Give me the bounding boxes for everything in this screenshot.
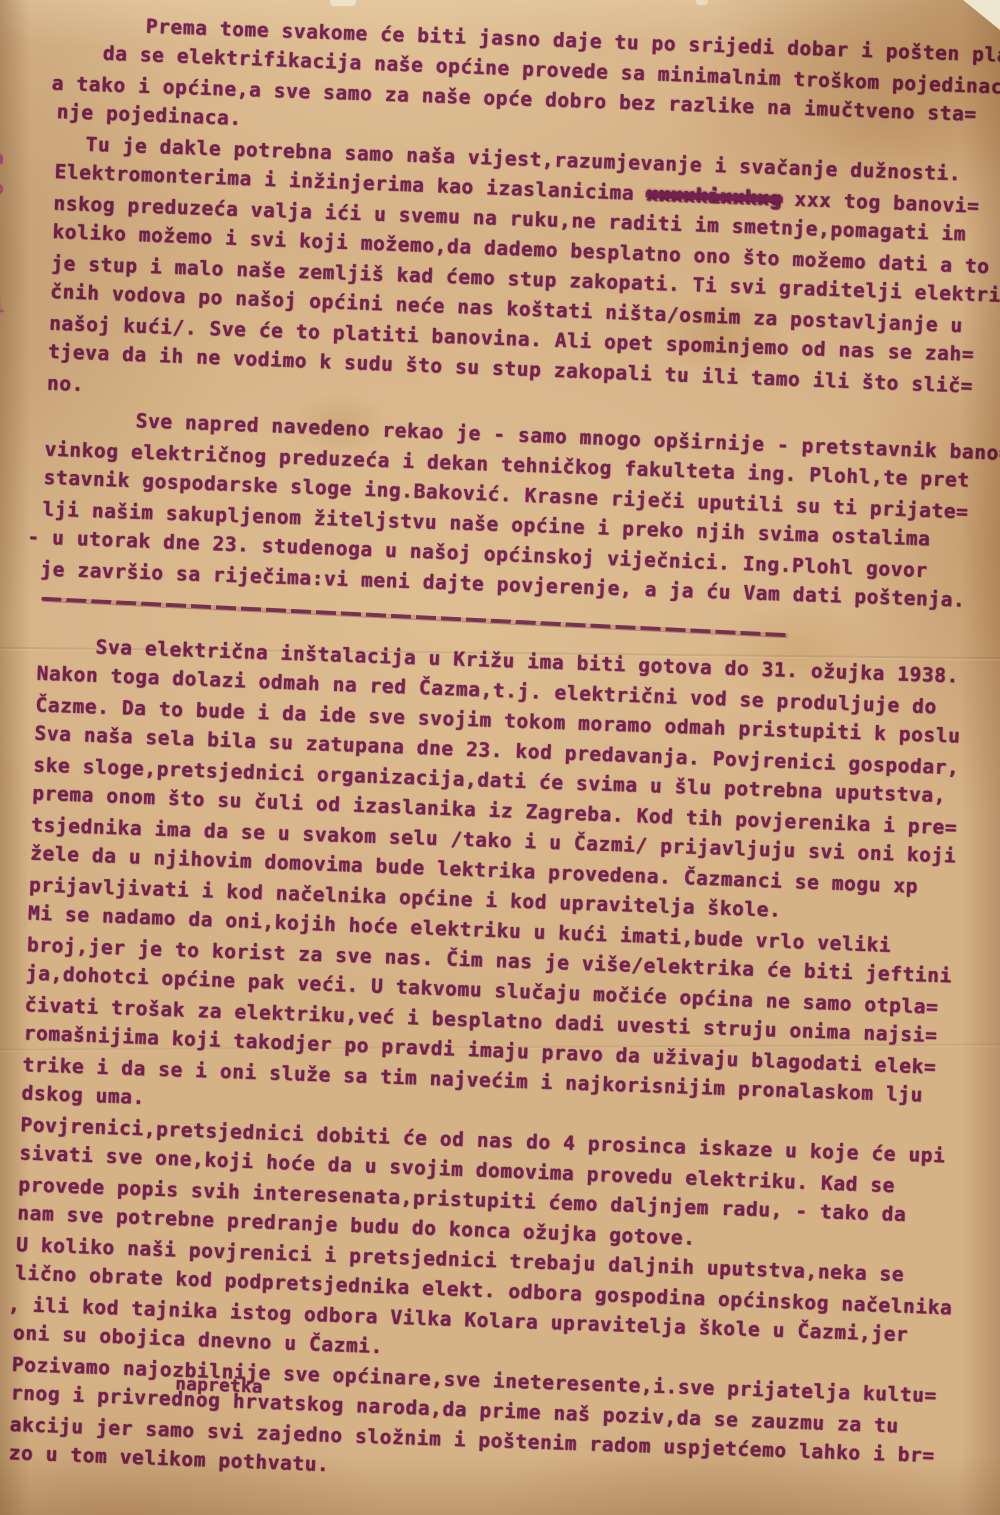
ink-bleed-mark: a [0, 148, 4, 169]
torn-edge [696, 0, 708, 5]
interlinear-insertion: napretka [175, 1369, 264, 1402]
ink-bleed-mark: o [0, 178, 4, 199]
document-page: a o i Prema tome svakome će biti jasno d… [0, 0, 1000, 1515]
struck-text: xxxxkixxkxg [646, 182, 783, 210]
torn-corner [958, 0, 1000, 30]
ink-bleed-mark: i [0, 296, 4, 317]
torn-edge [330, 0, 356, 6]
text-segment: xxx tog banovi= [782, 187, 980, 217]
typewritten-text: Prema tome svakome će biti jasno daje tu… [0, 7, 998, 1502]
